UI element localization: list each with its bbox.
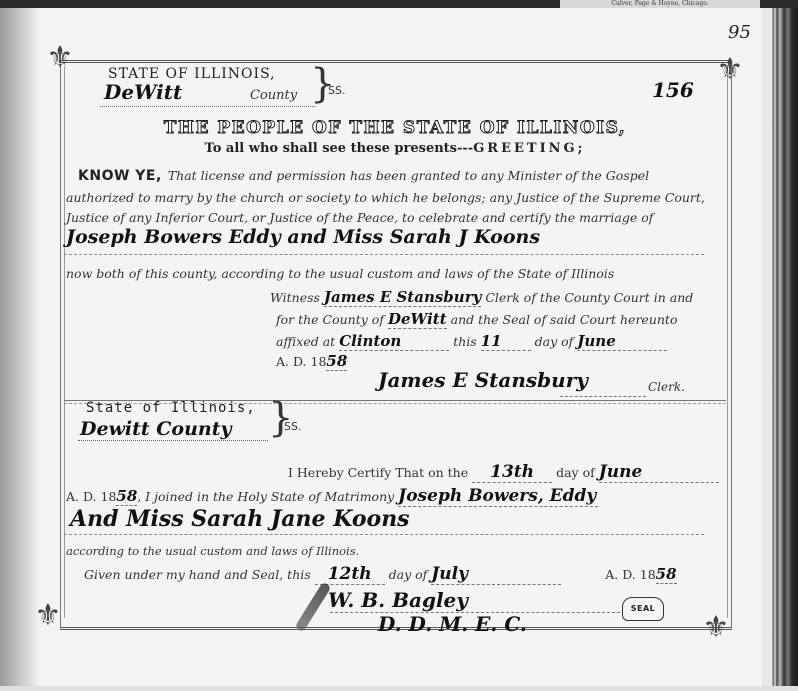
greeting-word: GREETING; bbox=[473, 141, 585, 156]
for-county-handwritten: DeWitt bbox=[388, 310, 447, 329]
given-year-handwritten: 58 bbox=[656, 565, 677, 584]
know-ye-heading: KNOW YE, bbox=[78, 168, 162, 184]
greeting-prefix: To all who shall see these presents--- bbox=[205, 141, 474, 156]
seal-stamp: SEAL bbox=[622, 597, 664, 621]
ss-label: SS. bbox=[328, 84, 345, 97]
given-line: Given under my hand and Seal, this 12th … bbox=[84, 564, 677, 585]
license-county-handwritten: DeWitt bbox=[104, 80, 182, 104]
certificate-state-header: State of Illinois, bbox=[86, 400, 256, 416]
greeting-line: To all who shall see these presents---GR… bbox=[150, 141, 640, 156]
clerk-signature: James E Stansbury bbox=[378, 368, 588, 392]
certificate-month-handwritten: June bbox=[599, 462, 719, 483]
license-month-handwritten: June bbox=[577, 332, 667, 351]
record-number: 156 bbox=[652, 78, 694, 102]
bride-fill-line bbox=[64, 534, 704, 535]
license-body-line-2: authorized to marry by the church or soc… bbox=[66, 190, 705, 205]
minister-title: D. D. M. E. C. bbox=[378, 612, 527, 636]
clerk-label: Clerk. bbox=[648, 380, 685, 394]
scanner-bottom-edge bbox=[0, 686, 798, 691]
license-year-handwritten: 58 bbox=[326, 352, 347, 371]
certificate-year-handwritten: 58 bbox=[116, 487, 137, 506]
county-fill-line bbox=[78, 440, 268, 441]
bride-name-handwritten: Miss Sarah J Koons bbox=[333, 226, 540, 248]
affixed-place-handwritten: Clinton bbox=[339, 332, 449, 351]
according-line: according to the usual custom and laws o… bbox=[66, 544, 359, 558]
page-number: 95 bbox=[728, 22, 751, 43]
corner-ornament-icon: ⚜ bbox=[712, 52, 748, 88]
groom-name-handwritten: Joseph Bowers Eddy bbox=[66, 226, 281, 248]
witness-label: Witness bbox=[270, 290, 320, 305]
clerk-sig-line bbox=[560, 396, 646, 397]
corner-ornament-icon: ⚜ bbox=[698, 610, 734, 646]
book-page-edges bbox=[762, 8, 798, 691]
certificate-county-handwritten: Dewitt County bbox=[80, 418, 232, 440]
license-body-line-5: now both of this county, according to th… bbox=[66, 266, 614, 281]
printer-imprint: Culver, Page & Hoyne, Chicago. bbox=[560, 0, 760, 8]
certify-line: I Hereby Certify That on the 13th day of… bbox=[288, 462, 719, 483]
corner-ornament-icon: ⚜ bbox=[30, 598, 66, 634]
given-day-handwritten: 12th bbox=[315, 564, 385, 585]
document-title: THE PEOPLE OF THE STATE OF ILLINOIS, bbox=[150, 118, 640, 138]
certificate-bride-handwritten: And Miss Sarah Jane Koons bbox=[70, 506, 410, 532]
binding-shadow bbox=[0, 8, 40, 688]
license-year-line: A. D. 1858 bbox=[276, 352, 347, 371]
corner-ornament-icon: ⚜ bbox=[42, 40, 78, 76]
license-day-handwritten: 11 bbox=[481, 332, 531, 351]
witness-line: Witness James E Stansbury Clerk of the C… bbox=[270, 288, 693, 307]
license-body-line-3: Justice of any Inferior Court, or Justic… bbox=[66, 210, 653, 225]
minister-signature: W. B. Bagley bbox=[328, 588, 468, 612]
county-label: County bbox=[250, 88, 297, 103]
certificate-day-handwritten: 13th bbox=[472, 462, 552, 483]
certificate-groom-handwritten: Joseph Bowers, Eddy bbox=[398, 486, 598, 507]
given-month-handwritten: July bbox=[431, 564, 561, 585]
witness-handwritten: James E Stansbury bbox=[324, 288, 481, 307]
joined-line: A. D. 1858, I joined in the Holy State o… bbox=[66, 486, 598, 507]
license-body-line-1: KNOW YE,That license and permission has … bbox=[78, 168, 649, 184]
affixed-line: affixed at Clinton this 11 day of June bbox=[276, 332, 667, 351]
ss-label: SS. bbox=[284, 420, 301, 433]
for-county-line: for the County of DeWitt and the Seal of… bbox=[276, 310, 677, 329]
license-couple-names: Joseph Bowers Eddy and Miss Sarah J Koon… bbox=[66, 226, 540, 248]
